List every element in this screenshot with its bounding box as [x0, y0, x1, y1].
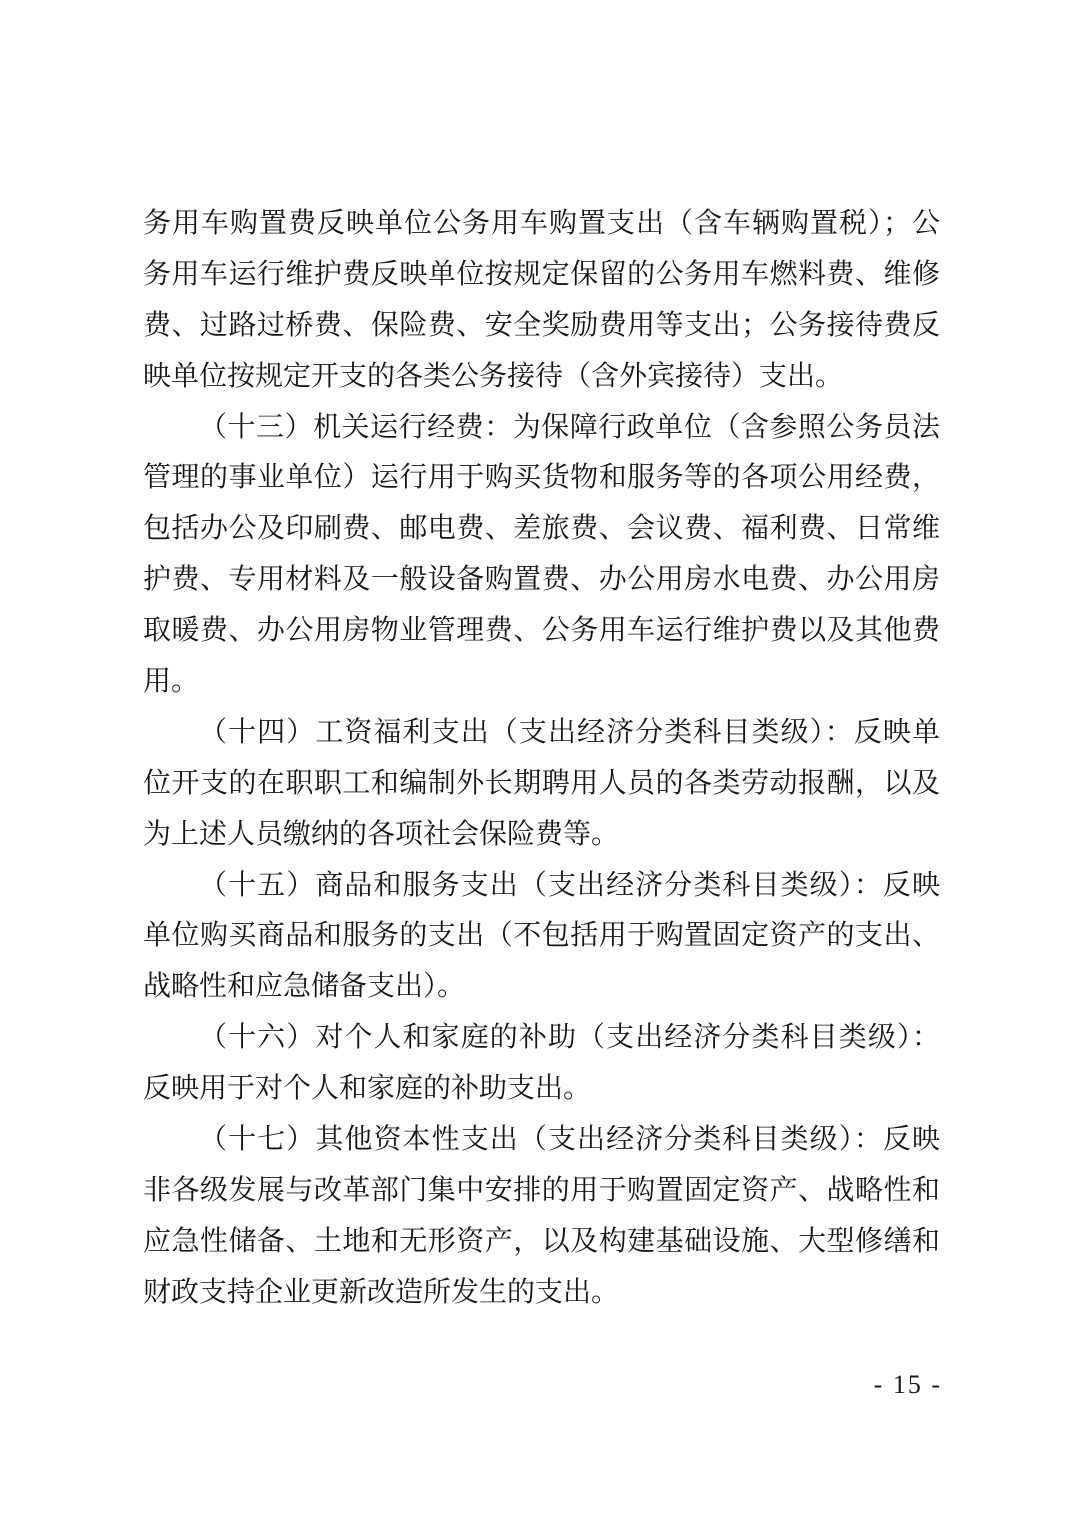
paragraph: （十六）对个人和家庭的补助（支出经济分类科目类级）：反映用于对个人和家庭的补助支… — [143, 1013, 940, 1115]
text-line: 位开支的在职职工和编制外长期聘用人员的各类劳动报酬，以及 — [143, 759, 940, 810]
text-line: 反映用于对个人和家庭的补助支出。 — [143, 1064, 940, 1115]
text-line: 为上述人员缴纳的各项社会保险费等。 — [143, 810, 940, 861]
text-line: 务用车购置费反映单位公务用车购置支出（含车辆购置税）；公 — [143, 199, 940, 250]
page-number: - 15 - — [874, 1370, 942, 1400]
text-line: 战略性和应急储备支出）。 — [143, 962, 940, 1013]
paragraph: （十七）其他资本性支出（支出经济分类科目类级）：反映非各级发展与改革部门集中安排… — [143, 1115, 940, 1319]
text-line: （十五）商品和服务支出（支出经济分类科目类级）：反映 — [143, 861, 940, 912]
paragraph: 务用车购置费反映单位公务用车购置支出（含车辆购置税）；公务用车运行维护费反映单位… — [143, 199, 940, 403]
text-line: 费、过路过桥费、保险费、安全奖励费用等支出；公务接待费反 — [143, 301, 940, 352]
text-line: （十四）工资福利支出（支出经济分类科目类级）：反映单 — [143, 708, 940, 759]
text-line: 映单位按规定开支的各类公务接待（含外宾接待）支出。 — [143, 352, 940, 403]
text-line: （十七）其他资本性支出（支出经济分类科目类级）：反映 — [143, 1115, 940, 1166]
paragraph: （十五）商品和服务支出（支出经济分类科目类级）：反映单位购买商品和服务的支出（不… — [143, 861, 940, 1014]
text-line: 务用车运行维护费反映单位按规定保留的公务用车燃料费、维修 — [143, 250, 940, 301]
text-line: 取暖费、办公用房物业管理费、公务用车运行维护费以及其他费 — [143, 606, 940, 657]
text-line: 包括办公及印刷费、邮电费、差旅费、会议费、福利费、日常维 — [143, 504, 940, 555]
text-line: 用。 — [143, 657, 940, 708]
text-line: 单位购买商品和服务的支出（不包括用于购置固定资产的支出、 — [143, 911, 940, 962]
paragraph: （十四）工资福利支出（支出经济分类科目类级）：反映单位开支的在职职工和编制外长期… — [143, 708, 940, 861]
text-line: 应急性储备、土地和无形资产，以及构建基础设施、大型修缮和 — [143, 1217, 940, 1268]
text-line: 管理的事业单位）运行用于购买货物和服务等的各项公用经费， — [143, 453, 940, 504]
document-body: 务用车购置费反映单位公务用车购置支出（含车辆购置税）；公务用车运行维护费反映单位… — [143, 199, 940, 1319]
text-line: （十六）对个人和家庭的补助（支出经济分类科目类级）： — [143, 1013, 940, 1064]
document-page: 务用车购置费反映单位公务用车购置支出（含车辆购置税）；公务用车运行维护费反映单位… — [0, 0, 1075, 1520]
text-line: 护费、专用材料及一般设备购置费、办公用房水电费、办公用房 — [143, 555, 940, 606]
text-line: 非各级发展与改革部门集中安排的用于购置固定资产、战略性和 — [143, 1166, 940, 1217]
text-line: 财政支持企业更新改造所发生的支出。 — [143, 1268, 940, 1319]
text-line: （十三）机关运行经费：为保障行政单位（含参照公务员法 — [143, 403, 940, 454]
paragraph: （十三）机关运行经费：为保障行政单位（含参照公务员法管理的事业单位）运行用于购买… — [143, 403, 940, 708]
